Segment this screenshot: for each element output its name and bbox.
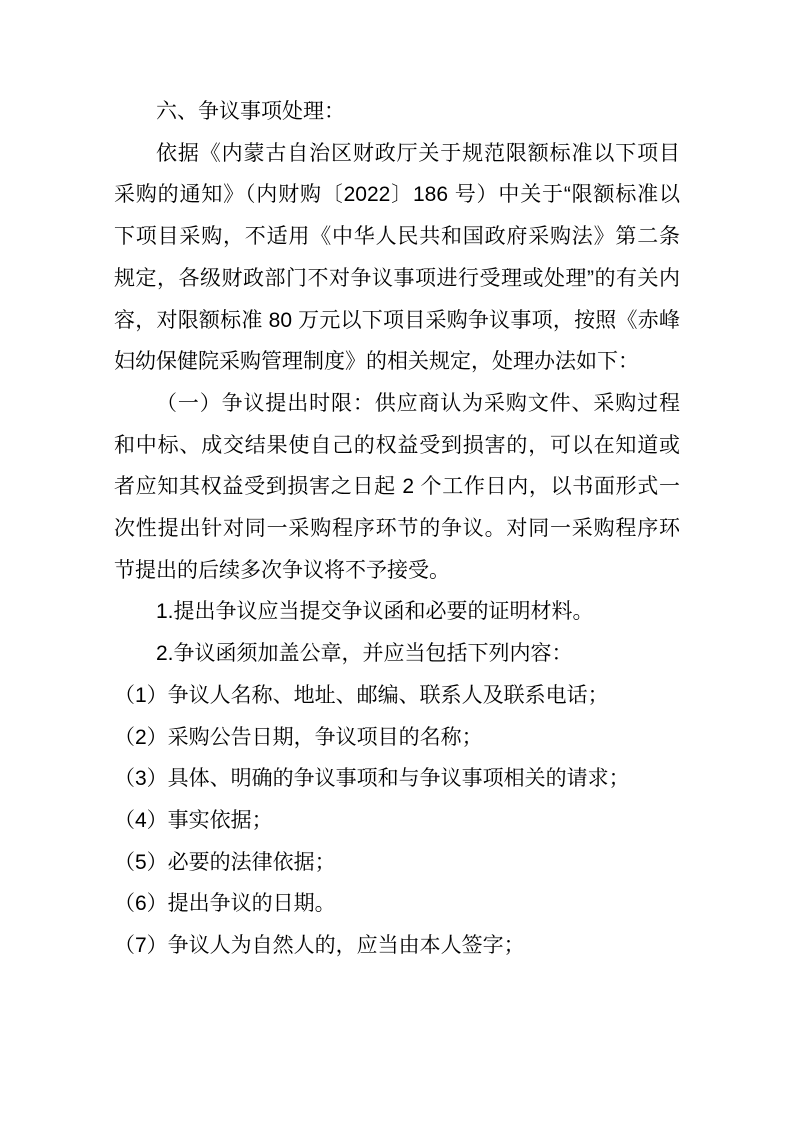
paragraph-dispute-letter-requirements: 2.争议函须加盖公章，并应当包括下列内容： — [114, 633, 680, 675]
list-item-1: （1）争议人名称、地址、邮编、联系人及联系电话； — [114, 675, 680, 717]
document-page: 六、争议事项处理： 依据《内蒙古自治区财政厅关于规范限额标准以下项目采购的通知》… — [0, 0, 794, 1122]
paragraph-dispute-materials: 1.提出争议应当提交争议函和必要的证明材料。 — [114, 591, 680, 633]
paragraph-dispute-deadline: （一）争议提出时限：供应商认为采购文件、采购过程和中标、成交结果使自己的权益受到… — [114, 383, 680, 592]
list-item-2: （2）采购公告日期，争议项目的名称； — [114, 717, 680, 759]
list-item-4: （4）事实依据； — [114, 800, 680, 842]
list-item-5: （5）必要的法律依据； — [114, 842, 680, 884]
paragraph-legal-basis: 依据《内蒙古自治区财政厅关于规范限额标准以下项目采购的通知》（内财购〔2022〕… — [114, 133, 680, 383]
list-item-6: （6）提出争议的日期。 — [114, 883, 680, 925]
list-item-3: （3）具体、明确的争议事项和与争议事项相关的请求； — [114, 758, 680, 800]
document-content: 六、争议事项处理： 依据《内蒙古自治区财政厅关于规范限额标准以下项目采购的通知》… — [114, 91, 680, 967]
list-item-7: （7）争议人为自然人的，应当由本人签字； — [114, 925, 680, 967]
section-heading: 六、争议事项处理： — [114, 91, 680, 133]
